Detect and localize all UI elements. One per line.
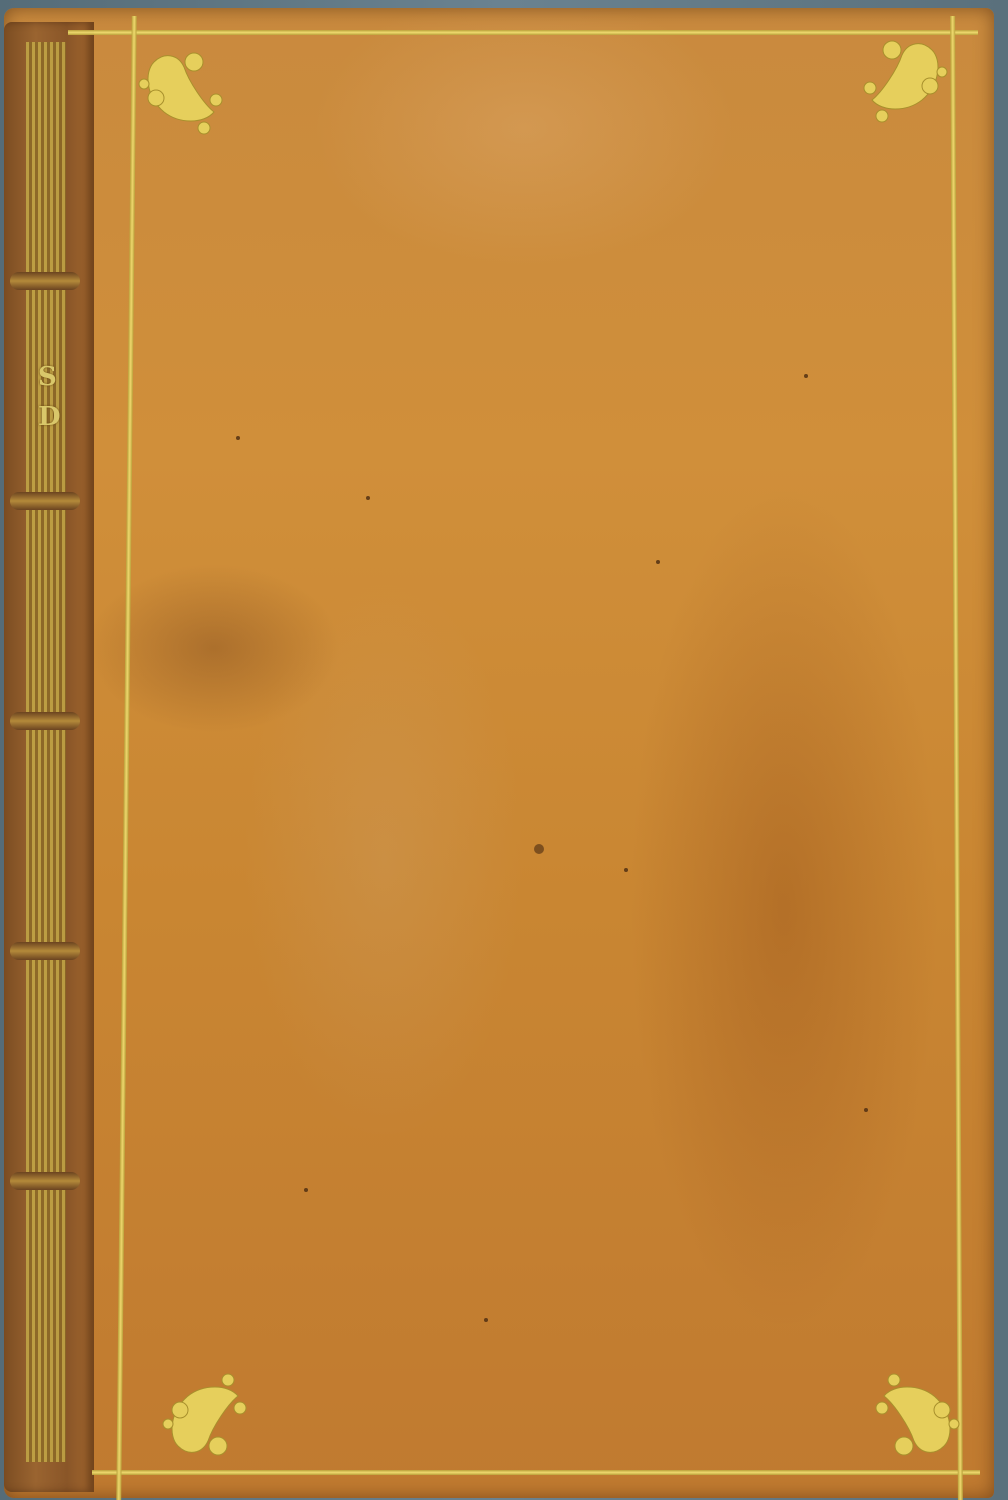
spine-lettering: S: [38, 362, 57, 392]
spine-gilt-tooling: [26, 42, 66, 1462]
spine-lettering: D: [38, 402, 61, 432]
leather-spot: [236, 436, 240, 440]
leather-spot: [304, 1188, 308, 1192]
book-spine: S D: [4, 22, 94, 1492]
spine-raised-band: [10, 712, 80, 730]
corner-ornament-icon: [158, 1366, 248, 1466]
leather-spot: [534, 844, 544, 854]
corner-ornament-icon: [874, 1366, 964, 1466]
leather-spot: [366, 496, 370, 500]
leather-spot: [484, 1318, 488, 1322]
leather-spot: [656, 560, 660, 564]
spine-raised-band: [10, 492, 80, 510]
spine-raised-band: [10, 272, 80, 290]
spine-raised-band: [10, 942, 80, 960]
spine-raised-band: [10, 1172, 80, 1190]
leather-spot: [864, 1108, 868, 1112]
leather-spot: [624, 868, 628, 872]
corner-ornament-icon: [134, 42, 224, 142]
leather-spot: [804, 374, 808, 378]
book-cover: [4, 8, 994, 1498]
gilt-fillet-top: [68, 30, 978, 35]
gilt-fillet-bottom: [92, 1470, 980, 1475]
corner-ornament-icon: [862, 30, 952, 130]
